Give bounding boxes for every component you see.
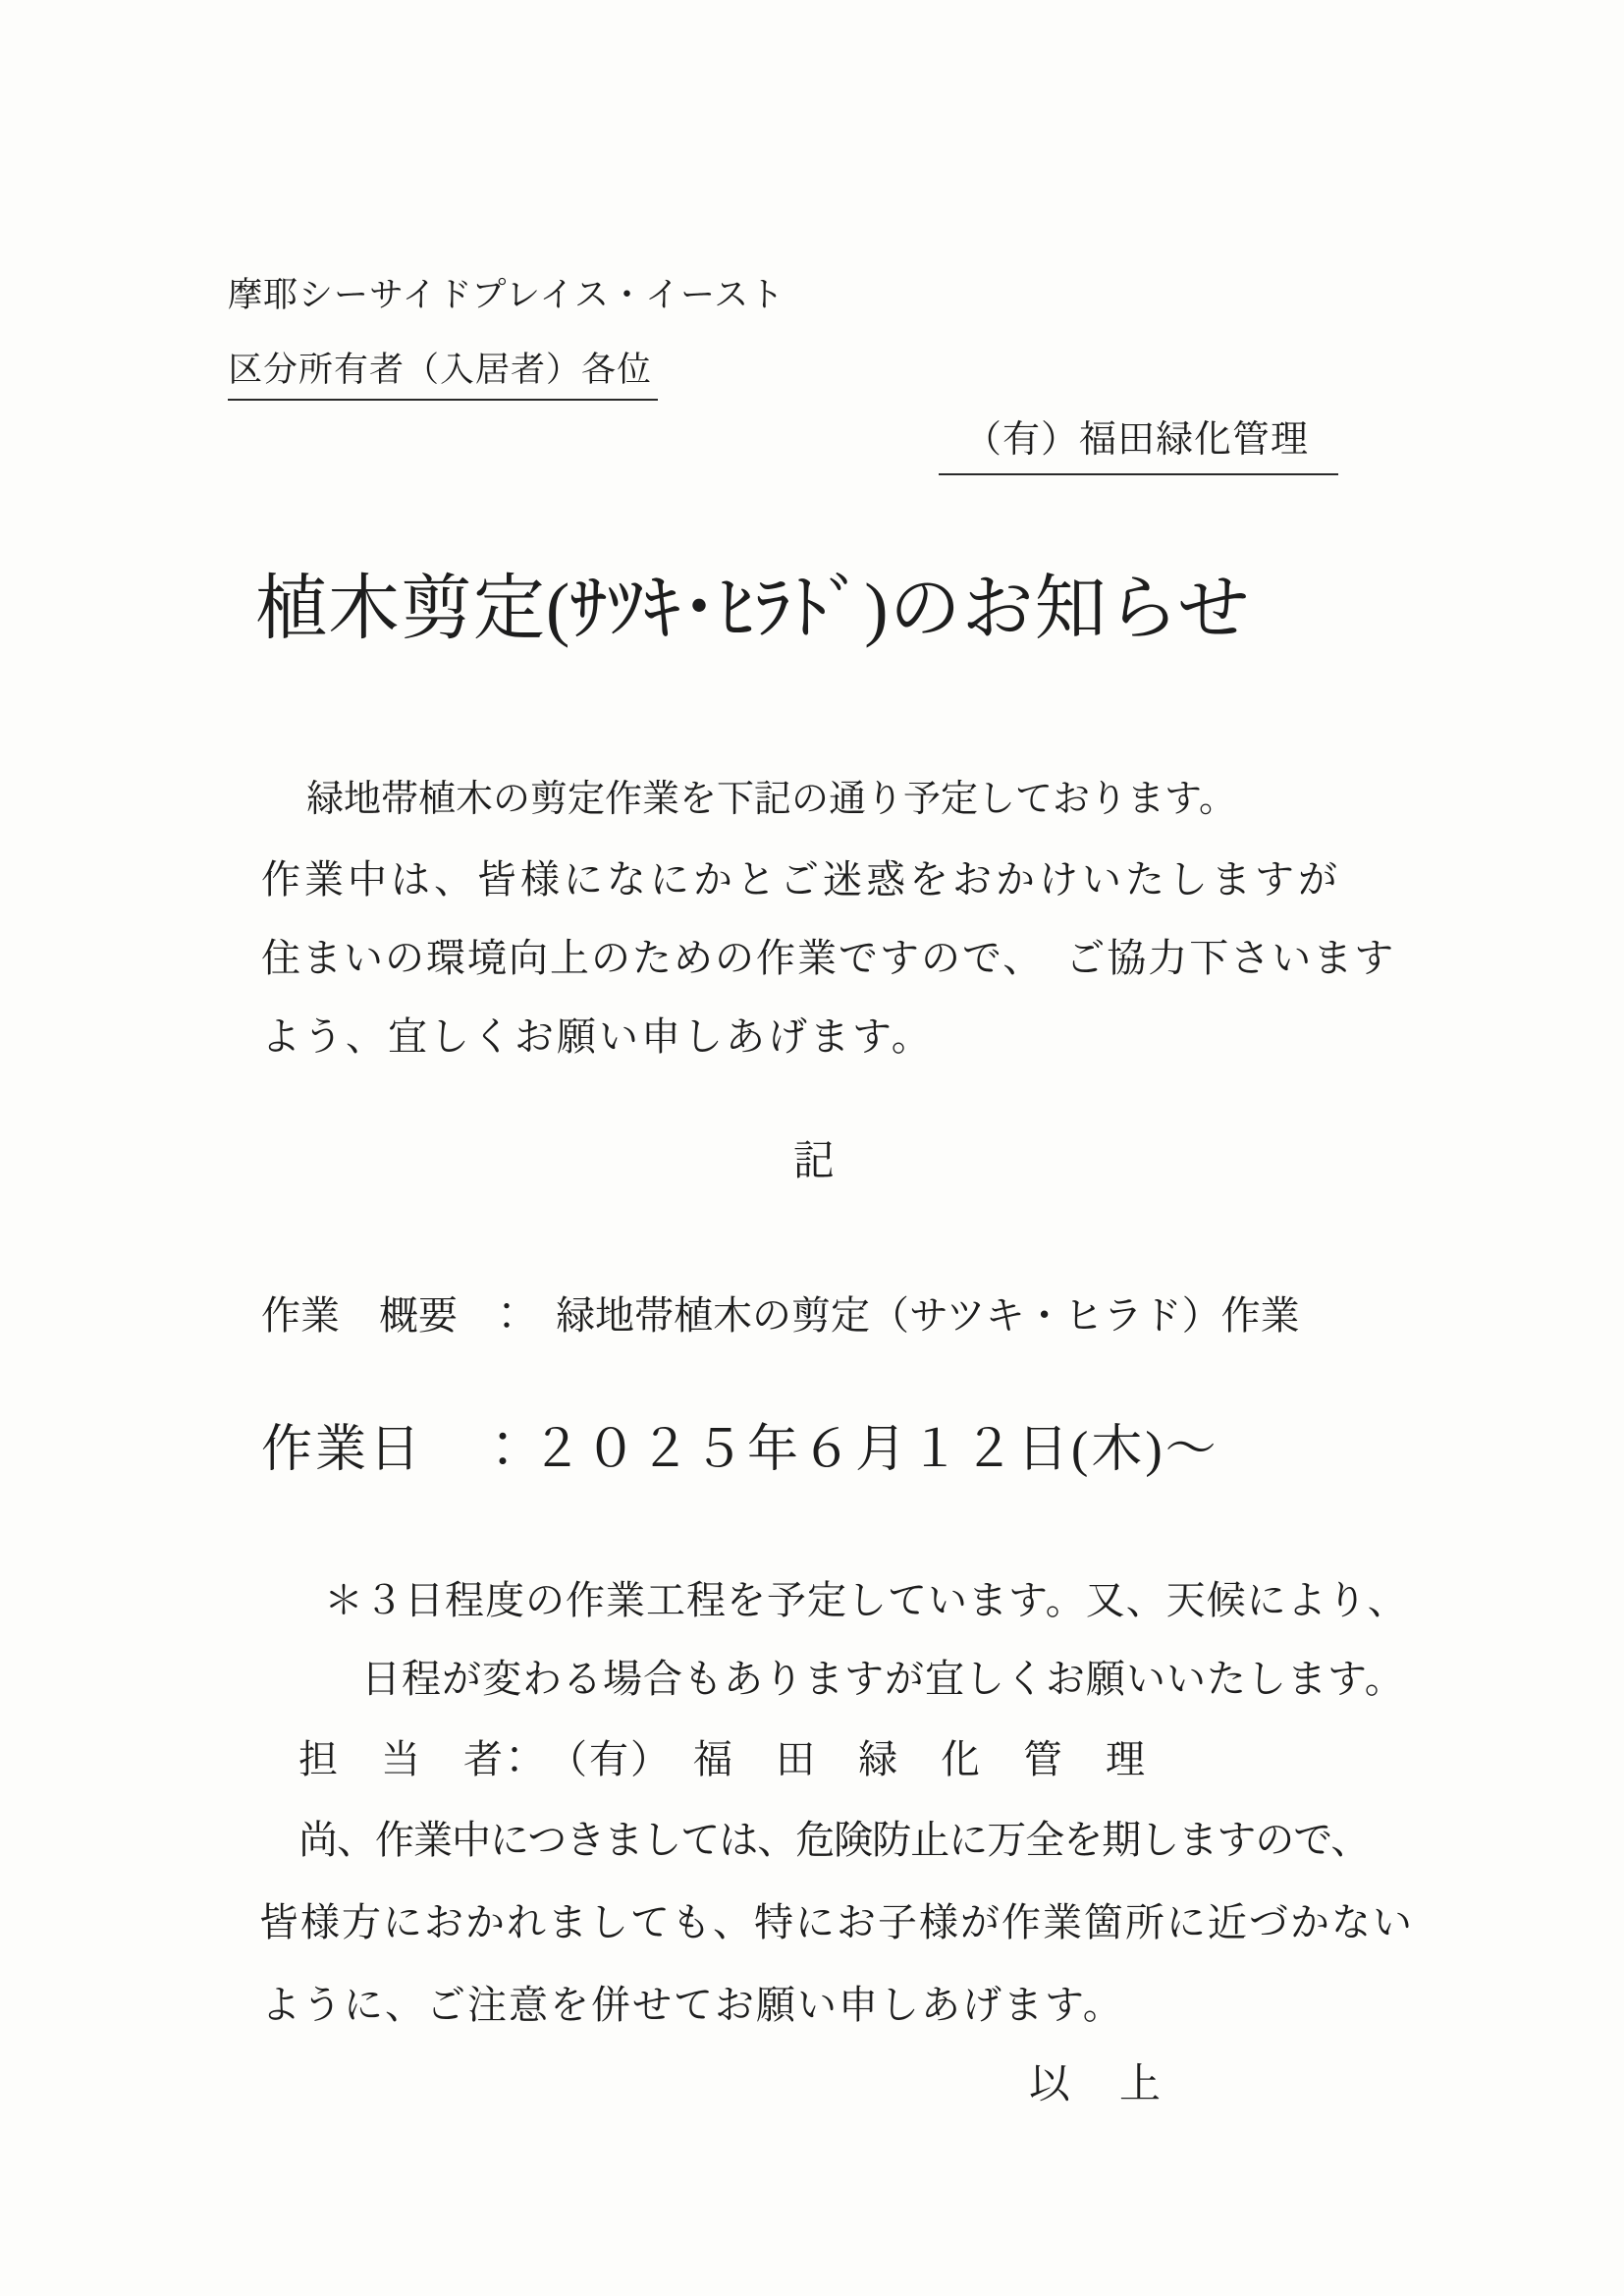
intro-paragraph-line-3: 住まいの環境向上のための作業ですので、 ご協力下さいます xyxy=(261,935,1395,982)
intro-paragraph-line-2: 作業中は、皆様になにかとご迷惑をおかけいたしますが xyxy=(261,856,1341,903)
document-title: 植木剪定(ｻﾂｷ･ﾋﾗﾄﾞ)のお知らせ xyxy=(255,566,1250,652)
safety-caution-line-3: ように、ご注意を併せてお願い申しあげます。 xyxy=(261,1982,1124,2029)
schedule-note-line-2: 日程が変わる場合もありますが宜しくお願いいたします。 xyxy=(361,1656,1405,1703)
work-date-line: 作業日 ：２０２５年６月１２日(木)～ xyxy=(261,1420,1219,1481)
intro-paragraph-line-1: 緑地帯植木の剪定作業を下記の通り予定しております。 xyxy=(306,778,1236,823)
intro-paragraph-line-4: よう、宜しくお願い申しあげます。 xyxy=(261,1013,934,1061)
safety-caution-line-2: 皆様方におかれましても、特にお子様が作業箇所に近づかない xyxy=(259,1899,1414,1946)
record-section-marker: 記 xyxy=(793,1137,835,1186)
schedule-note-line-1: ＊３日程度の作業工程を予定しています。又、天候により、 xyxy=(324,1577,1408,1624)
sender-company-name: （有）福田緑化管理 xyxy=(939,418,1338,475)
recipient-addressees: 区分所有者（入居者）各位 xyxy=(228,350,658,401)
notice-document-page: 摩耶シーサイドプレイス・イースト 区分所有者（入居者）各位 （有）福田緑化管理 … xyxy=(0,0,1624,2296)
closing-marker: 以 上 xyxy=(1029,2060,1164,2109)
safety-caution-line-1: 尚、作業中につきましては、危険防止に万全を期しますので、 xyxy=(298,1817,1369,1864)
person-in-charge-line: 担 当 者： （有） 福 田 緑 化 管 理 xyxy=(298,1736,1147,1783)
recipient-building-name: 摩耶シーサイドプレイス・イースト xyxy=(228,275,785,316)
work-overview-line: 作業 概要 ： 緑地帯植木の剪定（サツキ・ヒラド）作業 xyxy=(261,1292,1300,1339)
